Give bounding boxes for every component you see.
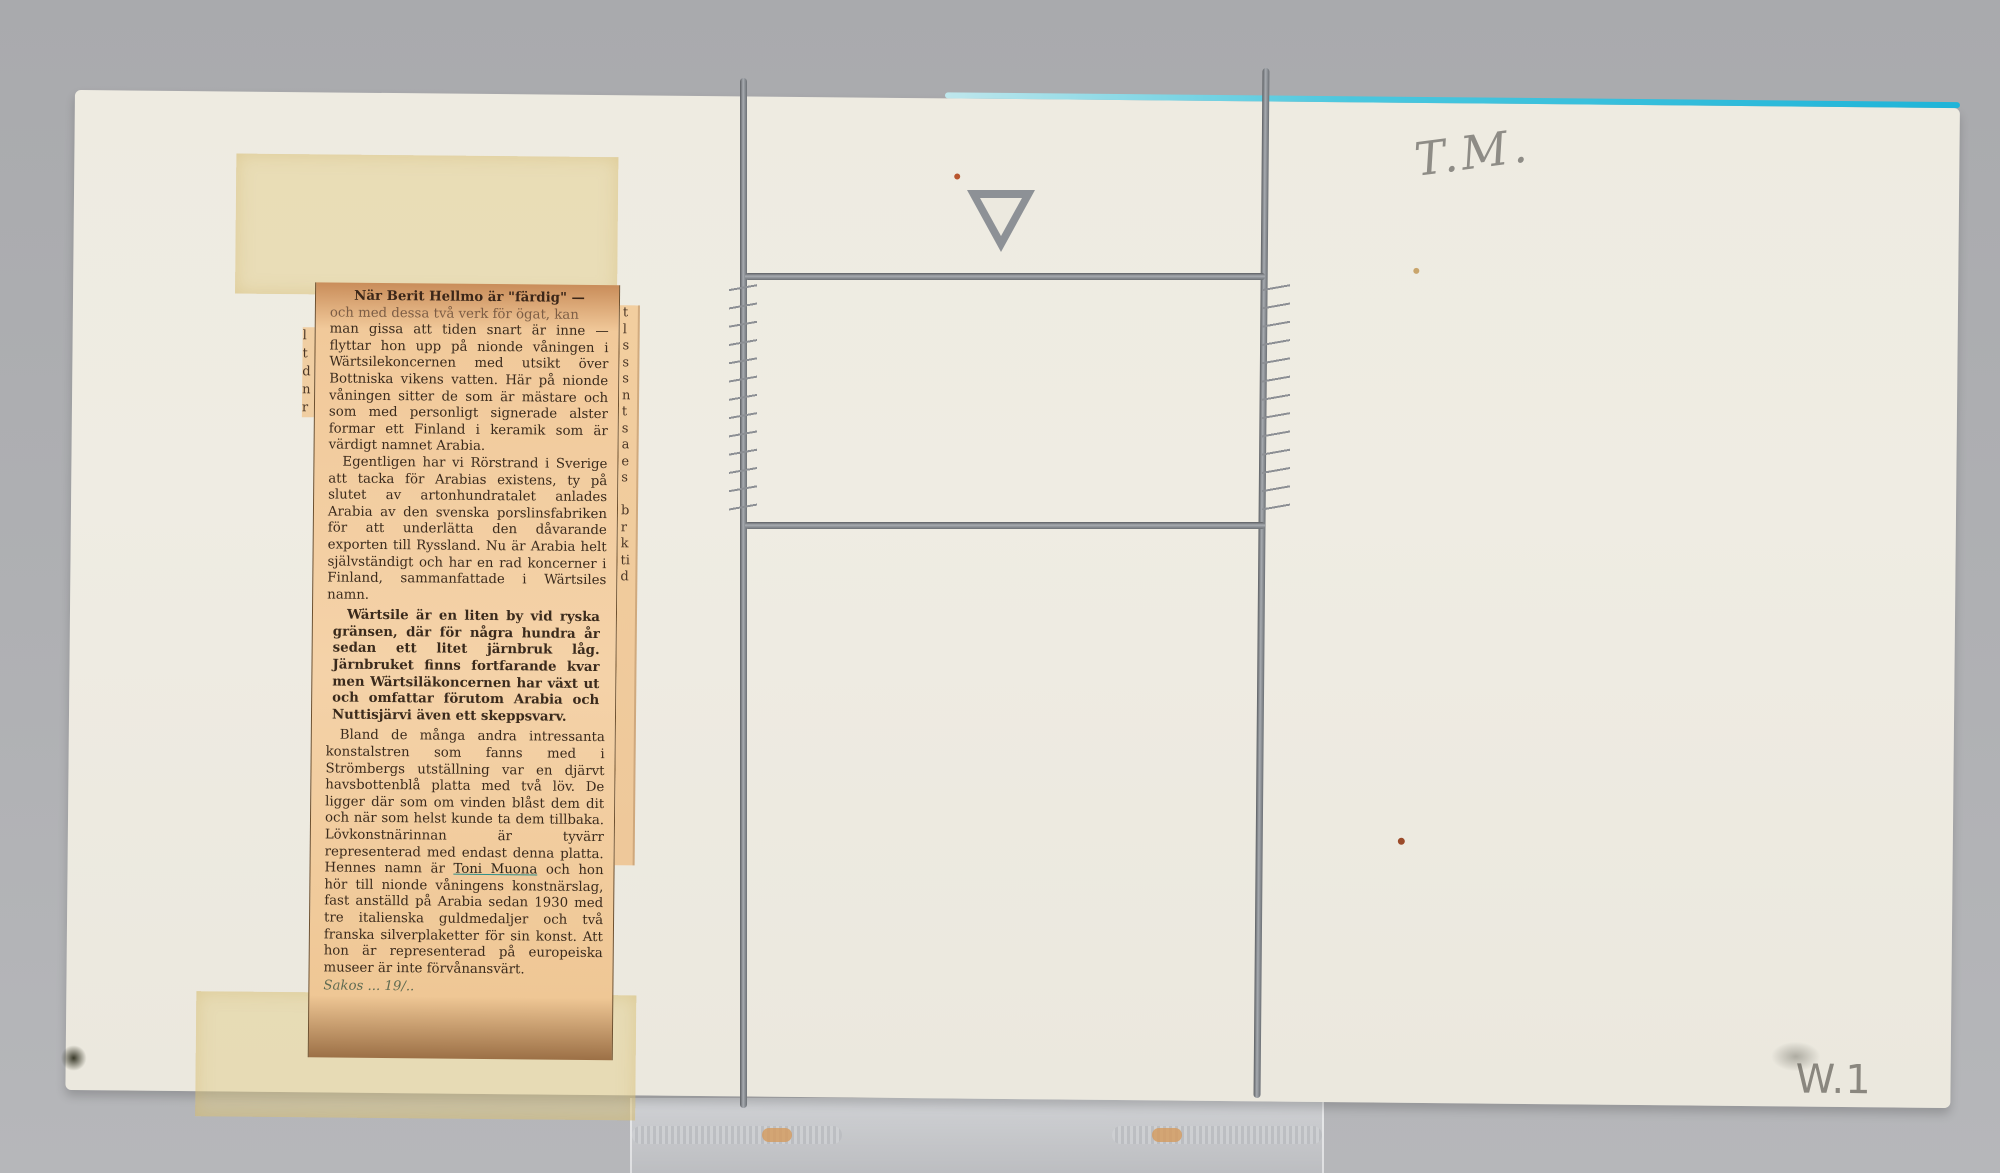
dark-speck xyxy=(61,1045,87,1071)
grey-smudge xyxy=(1771,1041,1821,1071)
rust-spot xyxy=(1152,1128,1182,1142)
adjacent-column-left: l t d n r xyxy=(302,327,315,417)
underlined-artist-name: Toni Muona xyxy=(453,862,537,878)
fragment: t xyxy=(623,305,638,322)
fragment: s xyxy=(621,470,636,487)
fragment: d xyxy=(620,569,635,586)
spring-coil-right xyxy=(1262,280,1290,510)
turquoise-glaze-edge xyxy=(945,92,1960,108)
wire-leg-left xyxy=(740,78,747,1108)
fragment: r xyxy=(302,399,314,417)
acrylic-stand xyxy=(630,1098,1324,1173)
clipping-paragraph-4: Bland de många andra intressanta konstal… xyxy=(323,728,604,980)
clipping-text: Bland de många andra intressanta konstal… xyxy=(324,728,604,877)
adjacent-column-right: t l s s s n t s a e s b r k ti d xyxy=(615,305,640,865)
clipping-faded-line: och med dessa två verk för ögat, kan xyxy=(330,305,609,324)
stand-screw-right xyxy=(1112,1126,1322,1144)
clipping-paragraph-3: Wärtsile är en liten by vid ryska gränse… xyxy=(326,608,606,727)
fragment: n xyxy=(622,388,637,405)
newspaper-clipping: När Berit Hellmo är "färdig" — och med d… xyxy=(308,282,620,1060)
fragment: b xyxy=(621,503,636,520)
glaze-dot xyxy=(1413,268,1419,274)
wire-top-bar xyxy=(745,273,1265,280)
fragment: ti xyxy=(620,553,635,570)
fragment: t xyxy=(302,345,314,363)
clipping-paragraph-1: man gissa att tiden snart är inne — flyt… xyxy=(329,322,609,457)
wire-bottom-bar xyxy=(745,522,1265,529)
clipping-paragraph-2: Egentligen har vi Rörstrand i Sverige at… xyxy=(327,454,607,606)
fragment: l xyxy=(303,327,315,345)
pencil-initials: T.M. xyxy=(1411,118,1533,187)
stand-screw-left xyxy=(632,1126,842,1144)
hanging-loop-inner xyxy=(980,198,1022,236)
spring-coil-left xyxy=(729,280,757,520)
rust-spot xyxy=(762,1128,792,1142)
rust-dot xyxy=(1398,838,1405,845)
fragment xyxy=(621,487,636,504)
fragment: a xyxy=(622,437,637,454)
fragment: s xyxy=(622,421,637,438)
clipping-text: och hon hör till nionde våningens konstn… xyxy=(324,863,604,977)
fragment: r xyxy=(621,520,636,537)
fragment: s xyxy=(622,355,637,372)
fragment: l xyxy=(623,322,638,339)
handwritten-note: Sakos ... 19/.. xyxy=(323,979,602,998)
fragment: s xyxy=(622,338,637,355)
fragment: s xyxy=(622,371,637,388)
tape-top xyxy=(235,154,618,298)
fragment: k xyxy=(621,536,636,553)
fragment: e xyxy=(621,454,636,471)
fragment: d xyxy=(302,363,314,381)
rust-dot xyxy=(954,173,960,179)
fragment: t xyxy=(622,404,637,421)
fragment: n xyxy=(302,381,314,399)
